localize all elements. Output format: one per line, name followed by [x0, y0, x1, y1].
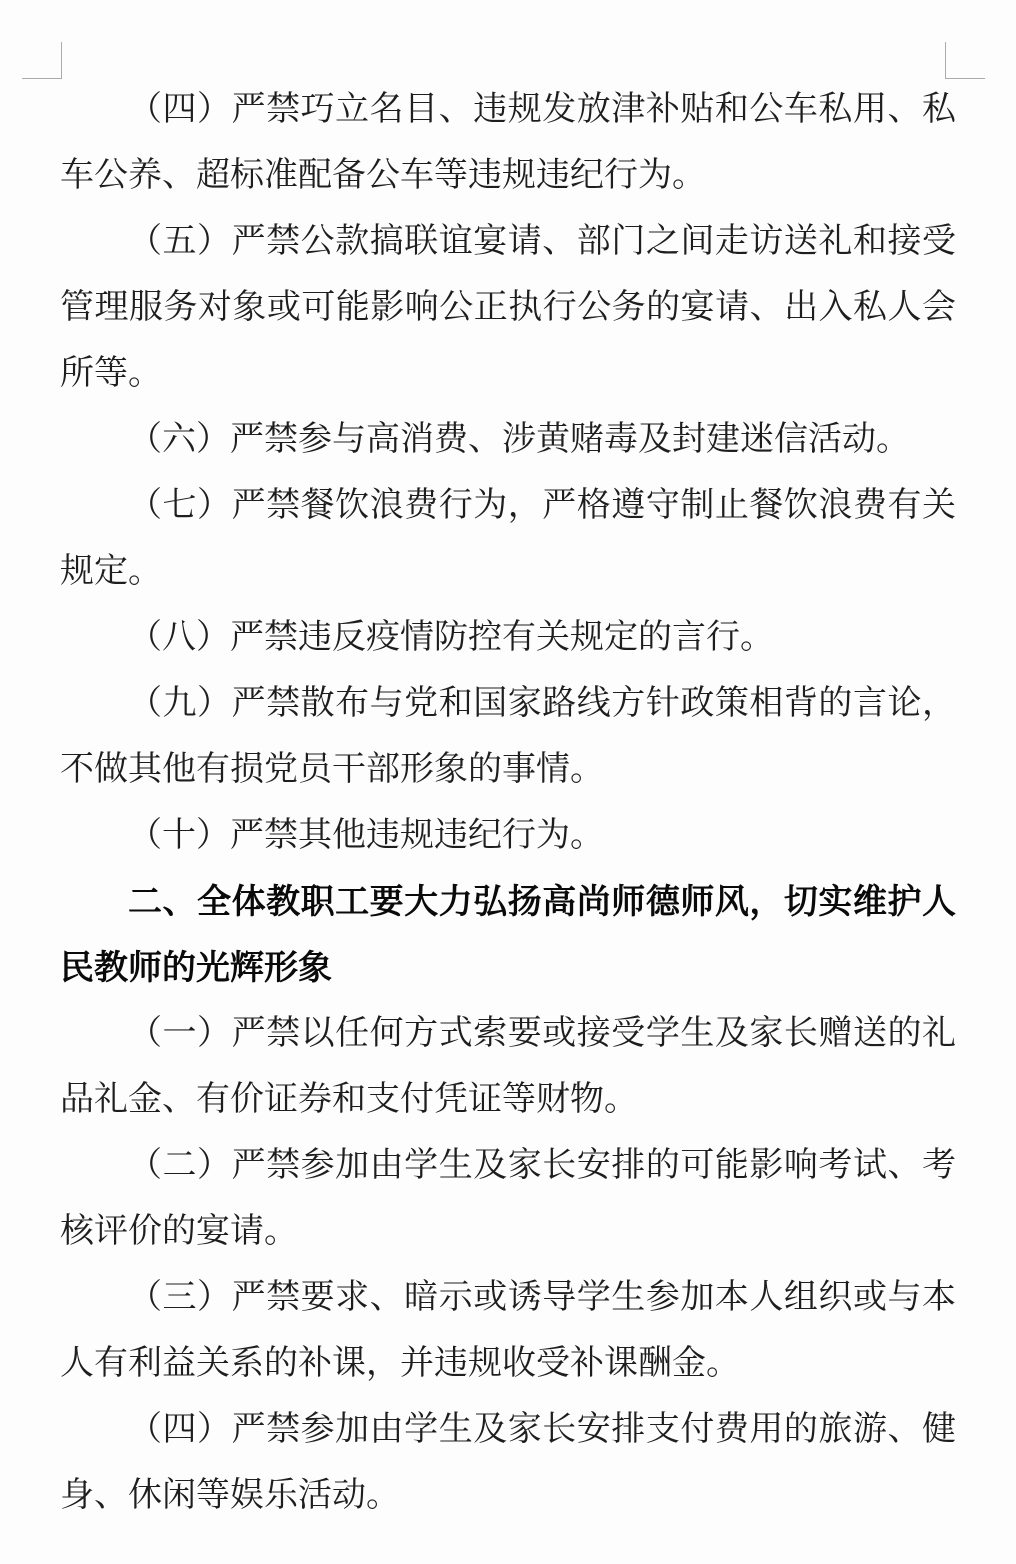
paragraph: （八）严禁违反疫情防控有关规定的言行。: [60, 605, 956, 671]
paragraph: （二）严禁参加由学生及家长安排的可能影响考试、考核评价的宴请。: [60, 1133, 956, 1265]
paragraph: （七）严禁餐饮浪费行为，严格遵守制止餐饮浪费有关规定。: [60, 473, 956, 605]
paragraph: （十）严禁其他违规违纪行为。: [60, 803, 956, 869]
paragraph: （五）严禁公款搞联谊宴请、部门之间走访送礼和接受管理服务对象或可能影响公正执行公…: [60, 209, 956, 407]
paragraph: （九）严禁散布与党和国家路线方针政策相背的言论，不做其他有损党员干部形象的事情。: [60, 671, 956, 803]
page-margin-corner-mark-top-right: [945, 42, 985, 79]
section-heading: 二、全体教职工要大力弘扬高尚师德师风，切实维护人民教师的光辉形象: [60, 869, 956, 1001]
document-body: （四）严禁巧立名目、违规发放津补贴和公车私用、私车公养、超标准配备公车等违规违纪…: [60, 77, 956, 1529]
paragraph: （一）严禁以任何方式索要或接受学生及家长赠送的礼品礼金、有价证券和支付凭证等财物…: [60, 1001, 956, 1133]
paragraph: （四）严禁巧立名目、违规发放津补贴和公车私用、私车公养、超标准配备公车等违规违纪…: [60, 77, 956, 209]
paragraph: （六）严禁参与高消费、涉黄赌毒及封建迷信活动。: [60, 407, 956, 473]
paragraph: （三）严禁要求、暗示或诱导学生参加本人组织或与本人有利益关系的补课，并违规收受补…: [60, 1265, 956, 1397]
page-margin-corner-mark-top-left: [22, 42, 62, 79]
paragraph: （四）严禁参加由学生及家长安排支付费用的旅游、健身、休闲等娱乐活动。: [60, 1397, 956, 1529]
